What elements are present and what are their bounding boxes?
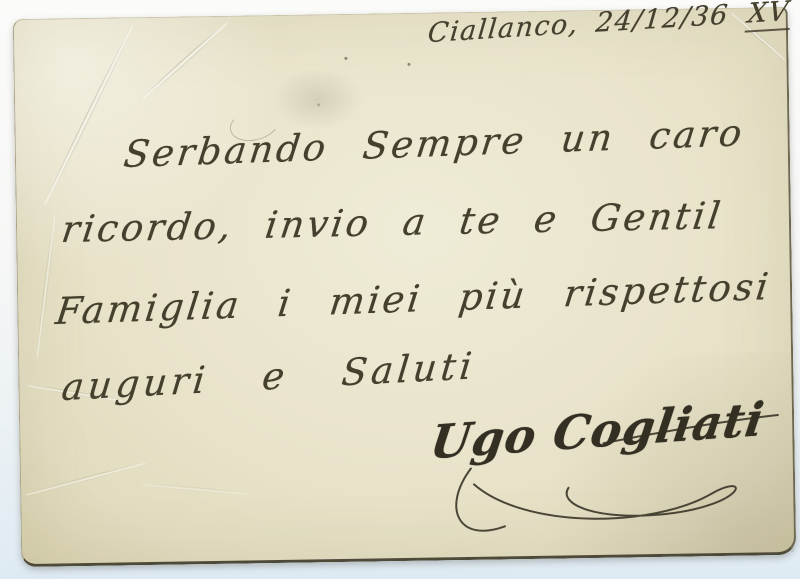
dateline-era-year: XV <box>744 0 793 33</box>
handwriting-layer: Ciallanco, 24/12/36 XV Serbando Sempre u… <box>0 0 800 579</box>
handwriting-line-3: Famiglia i miei più rispettosi <box>53 265 773 333</box>
handwriting-line-2: ricordo, invio a te e Gentil <box>59 194 726 251</box>
scanned-postcard-photo: Ciallanco, 24/12/36 XV Serbando Sempre u… <box>0 0 800 579</box>
handwriting-line-1: Serbando Sempre un caro <box>121 111 747 176</box>
signature-block: Ugo Cogliati <box>405 388 795 564</box>
handwriting-line-4: auguri e Saluti <box>60 344 478 409</box>
dateline: Ciallanco, 24/12/36 XV <box>426 0 793 49</box>
dateline-place-date: Ciallanco, 24/12/36 <box>426 0 730 49</box>
